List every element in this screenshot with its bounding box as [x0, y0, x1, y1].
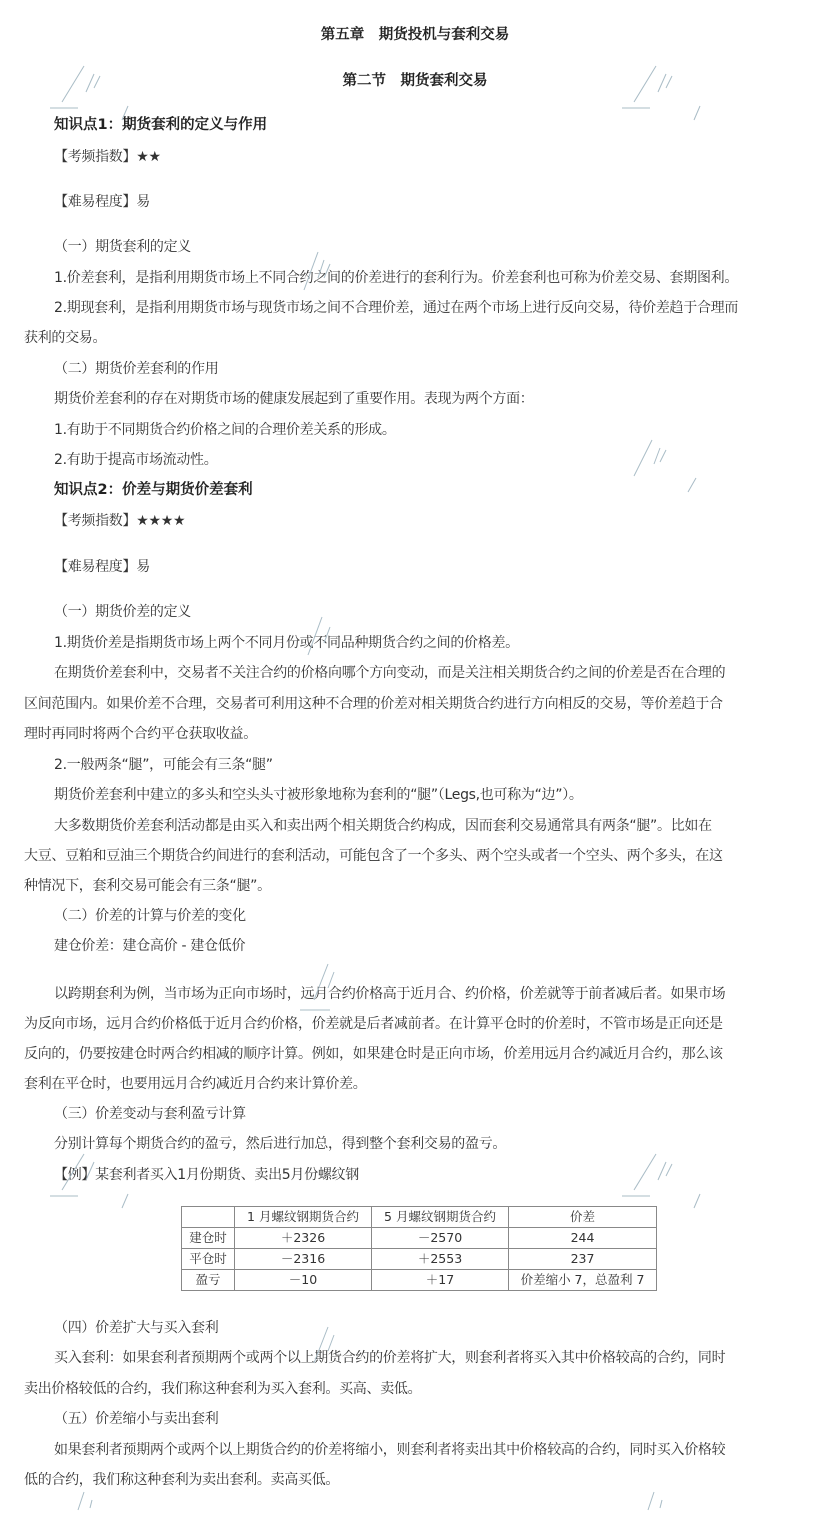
table-header-cell: [182, 1207, 235, 1228]
kp2-subheading-definition: （一）期货价差的定义: [54, 602, 191, 622]
kp2-legs-heading: 2.一般两条“腿”，可能会有三条“腿”: [54, 755, 273, 775]
kp1-difficulty: 【难易程度】易: [54, 192, 150, 212]
kp2-calc-paragraph-line4: 套利在平仓时，也要用远月合约减近月合约来计算价差。: [24, 1074, 367, 1094]
kp2-difficulty: 【难易程度】易: [54, 557, 150, 577]
kp2-legs-paragraph1: 期货价差套利中建立的多头和空头头寸被形象地称为套利的“腿”（Legs,也可称为“…: [54, 785, 583, 805]
table-row: 平仓时 －2316 ＋2553 237: [182, 1249, 657, 1270]
kp2-frequency: 【考频指数】★★★★: [54, 511, 185, 531]
kp2-widening-paragraph-line1: 买入套利：如果套利者预期两个或两个以上期货合约的价差将扩大，则套利者将买入其中价…: [54, 1348, 725, 1368]
kp1-frequency: 【考频指数】★★: [54, 147, 161, 167]
table-cell: ＋2326: [235, 1228, 372, 1249]
table-cell: 244: [509, 1228, 657, 1249]
table-row-label: 建仓时: [182, 1228, 235, 1249]
watermark-icon: [70, 1490, 110, 1515]
kp2-subheading-widening: （四）价差扩大与买入套利: [54, 1318, 218, 1338]
table-row: 盈亏 －10 ＋17 价差缩小 7，总盈利 7: [182, 1270, 657, 1291]
table-cell: －2570: [372, 1228, 509, 1249]
example-table: 1 月螺纹钢期货合约 5 月螺纹钢期货合约 价差 建仓时 ＋2326 －2570…: [181, 1206, 657, 1291]
kp2-calc-paragraph-line2: 为反向市场，远月合约价格低于近月合约价格，价差就是后者减前者。在计算平仓时的价差…: [24, 1014, 723, 1034]
kp1-role-intro: 期货价差套利的存在对期货市场的健康发展起到了重要作用。表现为两个方面：: [54, 389, 534, 409]
kp1-paragraph-futures-spot-line2: 获利的交易。: [24, 328, 106, 348]
table-cell: ＋17: [372, 1270, 509, 1291]
kp2-legs-paragraph2-line1: 大多数期货价差套利活动都是由买入和卖出两个相关期货合约构成，因而套利交易通常具有…: [54, 816, 712, 836]
kp2-widening-paragraph-line2: 卖出价格较低的合约，我们称这种套利为买入套利。买高、卖低。: [24, 1379, 421, 1399]
chapter-title: 第五章 期货投机与套利交易: [0, 25, 830, 45]
kp2-definition-paragraph: 1.期货价差是指期货市场上两个不同月份或不同品种期货合约之间的价格差。: [54, 633, 519, 653]
kp2-narrowing-paragraph-line2: 低的合约，我们称这种套利为卖出套利。卖高买低。: [24, 1470, 339, 1490]
kp2-def-paragraph2-line2: 区间范围内。如果价差不合理，交易者可利用这种不合理的价差对相关期货合约进行方向相…: [24, 694, 723, 714]
kp1-subheading-definition: （一）期货套利的定义: [54, 237, 191, 257]
kp1-paragraph-futures-spot-line1: 2.期现套利，是指利用期货市场与现货市场之间不合理价差，通过在两个市场上进行反向…: [54, 298, 738, 318]
kp2-subheading-calculation: （二）价差的计算与价差的变化: [54, 906, 246, 926]
example-caption: 【例】某套利者买入1月份期货、卖出5月份螺纹钢: [54, 1165, 359, 1185]
watermark-icon: [640, 1490, 680, 1515]
kp1-subheading-role: （二）期货价差套利的作用: [54, 359, 218, 379]
kp2-formula: 建仓价差：建仓高价 - 建仓低价: [54, 936, 245, 956]
table-header-cell: 价差: [509, 1207, 657, 1228]
kp2-subheading-narrowing: （五）价差缩小与卖出套利: [54, 1409, 218, 1429]
table-header-cell: 1 月螺纹钢期货合约: [235, 1207, 372, 1228]
table-cell: －10: [235, 1270, 372, 1291]
table-row: 建仓时 ＋2326 －2570 244: [182, 1228, 657, 1249]
section-title: 第二节 期货套利交易: [0, 71, 830, 91]
kp2-profit-loss-paragraph: 分别计算每个期货合约的盈亏，然后进行加总，得到整个套利交易的盈亏。: [54, 1134, 506, 1154]
kp1-role-item-2: 2.有助于提高市场流动性。: [54, 450, 217, 470]
knowledge-point-2-title: 知识点2：价差与期货价差套利: [54, 480, 253, 500]
kp2-calc-paragraph-line1: 以跨期套利为例，当市场为正向市场时，远月合约价格高于近月合、约价格，价差就等于前…: [54, 984, 725, 1004]
table-cell: 价差缩小 7，总盈利 7: [509, 1270, 657, 1291]
table-header-row: 1 月螺纹钢期货合约 5 月螺纹钢期货合约 价差: [182, 1207, 657, 1228]
table-row-label: 盈亏: [182, 1270, 235, 1291]
kp2-calc-paragraph-line3: 反向的，仍要按建仓时两合约相减的顺序计算。例如，如果建仓时是正向市场，价差用远月…: [24, 1044, 723, 1064]
watermark-icon: [620, 1150, 710, 1212]
kp2-def-paragraph2-line1: 在期货价差套利中，交易者不关注合约的价格向哪个方向变动，而是关注相关期货合约之间…: [54, 663, 725, 683]
kp2-legs-paragraph2-line3: 种情况下，套利交易可能会有三条“腿”。: [24, 876, 271, 896]
knowledge-point-1-title: 知识点1：期货套利的定义与作用: [54, 115, 267, 135]
kp1-paragraph-spread-arbitrage: 1.价差套利，是指利用期货市场上不同合约之间的价差进行的套利行为。价差套利也可称…: [54, 268, 738, 288]
table-cell: －2316: [235, 1249, 372, 1270]
kp2-legs-paragraph2-line2: 大豆、豆粕和豆油三个期货合约间进行的套利活动，可能包含了一个多头、两个空头或者一…: [24, 846, 723, 866]
watermark-icon: [620, 436, 700, 496]
table-header-cell: 5 月螺纹钢期货合约: [372, 1207, 509, 1228]
table-cell: 237: [509, 1249, 657, 1270]
table-cell: ＋2553: [372, 1249, 509, 1270]
kp1-role-item-1: 1.有助于不同期货合约价格之间的合理价差关系的形成。: [54, 420, 396, 440]
kp2-def-paragraph2-line3: 理时再同时将两个合约平仓获取收益。: [24, 724, 257, 744]
table-row-label: 平仓时: [182, 1249, 235, 1270]
kp2-narrowing-paragraph-line1: 如果套利者预期两个或两个以上期货合约的价差将缩小，则套利者将卖出其中价格较高的合…: [54, 1440, 725, 1460]
kp2-subheading-profit-loss: （三）价差变动与套利盈亏计算: [54, 1104, 246, 1124]
